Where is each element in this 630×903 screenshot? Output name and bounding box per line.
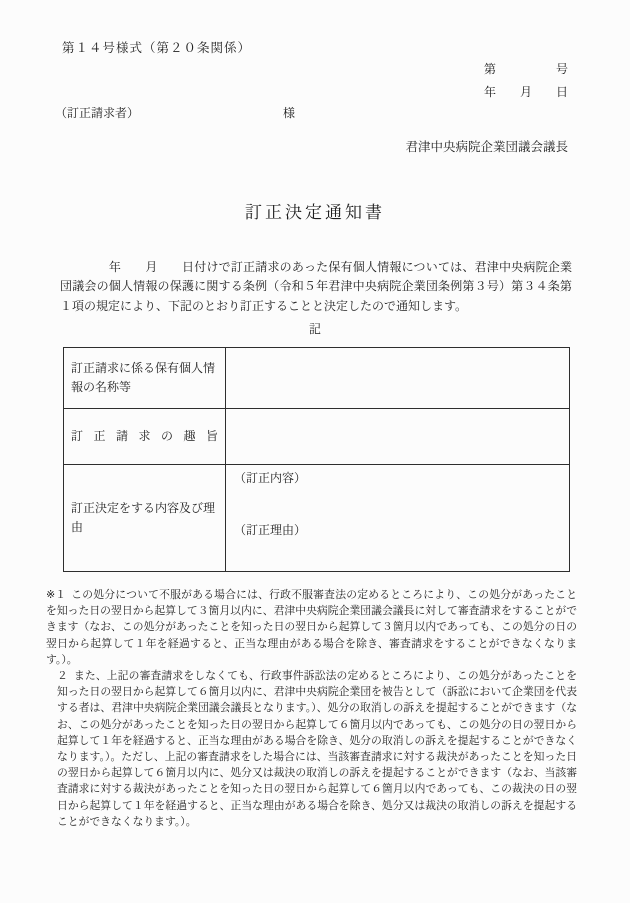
row-value-personal-info-name xyxy=(226,348,570,409)
note-2-text: また、上記の審査請求をしなくても、行政事件訴訟法の定めるところにより、この処分が… xyxy=(57,670,577,828)
details-table: 訂正請求に係る保有個人情報の名称等 訂正請求の趣旨 訂正決定をする内容及び理由 … xyxy=(63,347,570,572)
note-1-text: この処分について不服がある場合には、行政不服審査法の定めるところにより、この処分… xyxy=(46,589,577,666)
document-date-line: 年 月 日 xyxy=(484,83,568,100)
form-number: 第１４号様式（第２０条関係） xyxy=(62,38,251,56)
note-item-1: ※１この処分について不服がある場合には、行政不服審査法の定めるところにより、この… xyxy=(46,587,577,668)
issuer-name: 君津中央病院企業団議会議長 xyxy=(405,137,568,155)
document-number-line: 第 号 xyxy=(484,60,568,77)
table-row: 訂正決定をする内容及び理由 （訂正内容） （訂正理由） xyxy=(64,465,570,572)
recipient-honorific: 様 xyxy=(283,104,295,121)
note-2-marker: ２ xyxy=(57,670,68,682)
row-label-personal-info-name: 訂正請求に係る保有個人情報の名称等 xyxy=(64,348,226,409)
row-label-request-purpose: 訂正請求の趣旨 xyxy=(64,409,226,465)
recipient-label: （訂正請求者） xyxy=(55,104,139,121)
notes-section: ※１この処分について不服がある場合には、行政不服審査法の定めるところにより、この… xyxy=(46,587,577,830)
correction-reason-label: （訂正理由） xyxy=(234,521,306,540)
body-paragraph: 年 月 日付けで訂正請求のあった保有個人情報については、君津中央病院企業団議会の… xyxy=(60,258,572,316)
document-page: 第１４号様式（第２０条関係） 第 号 年 月 日 （訂正請求者） 様 君津中央病… xyxy=(0,0,630,903)
table-row: 訂正請求の趣旨 xyxy=(64,409,570,465)
record-heading: 記 xyxy=(0,320,630,337)
row-label-decision-content: 訂正決定をする内容及び理由 xyxy=(64,465,226,572)
note-item-2: ２また、上記の審査請求をしなくても、行政事件訴訟法の定めるところにより、この処分… xyxy=(57,668,577,830)
row-value-decision-content: （訂正内容） （訂正理由） xyxy=(226,465,570,572)
decision-cell-inner: （訂正内容） （訂正理由） xyxy=(234,465,565,571)
document-title: 訂正決定通知書 xyxy=(0,201,630,225)
row-value-request-purpose xyxy=(226,409,570,465)
table-row: 訂正請求に係る保有個人情報の名称等 xyxy=(64,348,570,409)
correction-content-label: （訂正内容） xyxy=(234,469,306,488)
note-1-marker: ※１ xyxy=(46,589,66,601)
